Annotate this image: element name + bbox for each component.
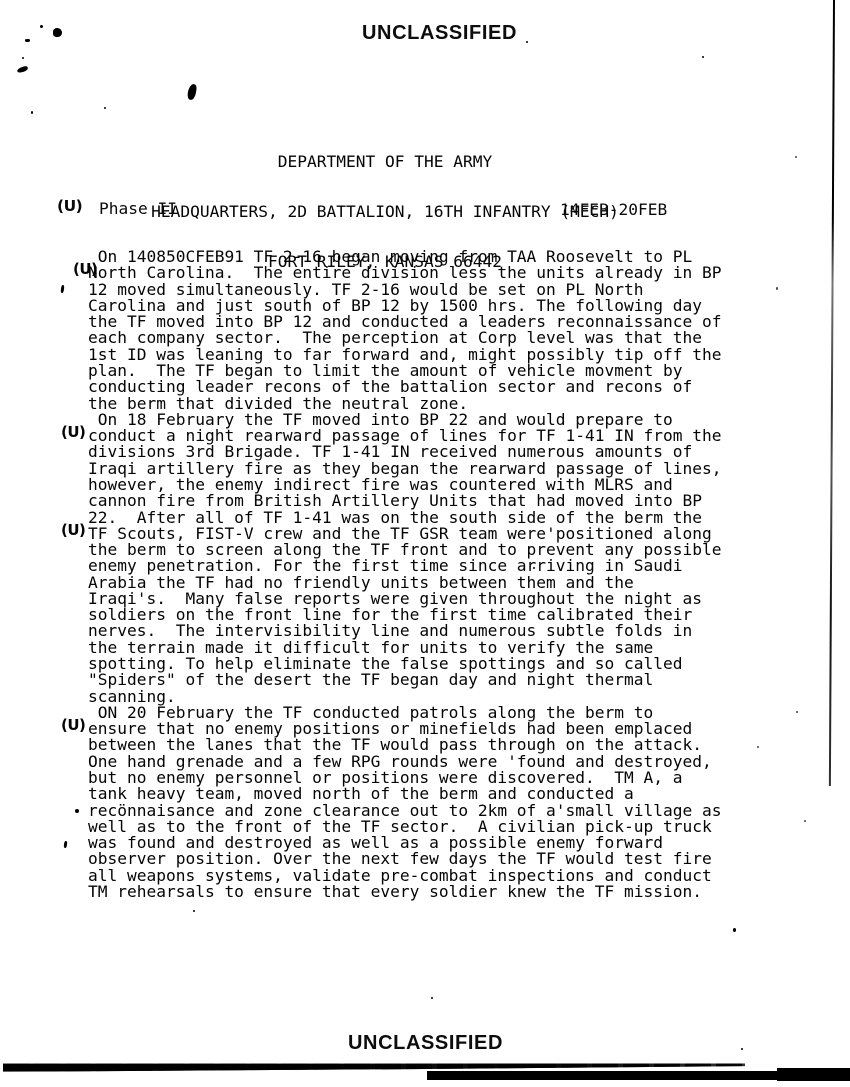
classification-banner-top: UNCLASSIFIED (362, 22, 517, 45)
ink-speck (757, 746, 759, 748)
ink-speck (16, 65, 28, 73)
ink-speck (776, 287, 778, 290)
ink-speck (104, 107, 106, 109)
ink-speck (533, 567, 535, 569)
ink-speck (40, 25, 43, 28)
ink-speck (795, 156, 797, 158)
document-body: On 140850CFEB91 TF 2-16 began moving fro… (88, 249, 788, 900)
phase-title: Phase II (99, 199, 177, 218)
ink-speck (431, 997, 433, 999)
ink-speck (733, 928, 736, 932)
ink-speck (702, 56, 704, 58)
ink-speck (796, 711, 798, 713)
unclassified-paragraph-marker: (U) (57, 197, 82, 215)
phase-heading: (U) Phase II 14FEB-20FEB (0, 199, 850, 217)
ink-speck (53, 28, 62, 37)
ink-speck (193, 910, 195, 912)
ink-speck (64, 841, 68, 848)
ink-speck (187, 83, 197, 100)
ink-speck (31, 111, 33, 114)
unclassified-paragraph-marker: (U) (61, 522, 85, 538)
scan-edge-line (829, 0, 835, 786)
scan-footer-bar-right (777, 1068, 850, 1081)
document-line: TM rehearsals to ensure that every soldi… (88, 884, 788, 900)
unclassified-paragraph-marker: (U) (61, 717, 85, 733)
ink-speck (741, 1048, 743, 1050)
ink-speck (22, 57, 24, 59)
classification-banner-bottom: UNCLASSIFIED (348, 1032, 503, 1055)
ink-speck (25, 39, 30, 42)
document-line: "Spiders" of the desert the TF began day… (88, 672, 788, 688)
unclassified-paragraph-marker: (U) (61, 424, 85, 440)
phase-date-range: 14FEB-20FEB (560, 200, 667, 219)
ink-speck (75, 809, 79, 813)
unclassified-paragraph-marker: (U) (73, 261, 97, 277)
scanned-document-page: UNCLASSIFIED DEPARTMENT OF THE ARMY HEAD… (0, 0, 850, 1087)
ink-speck (804, 820, 806, 822)
ink-speck (526, 41, 528, 43)
letterhead-department: DEPARTMENT OF THE ARMY (0, 154, 770, 171)
